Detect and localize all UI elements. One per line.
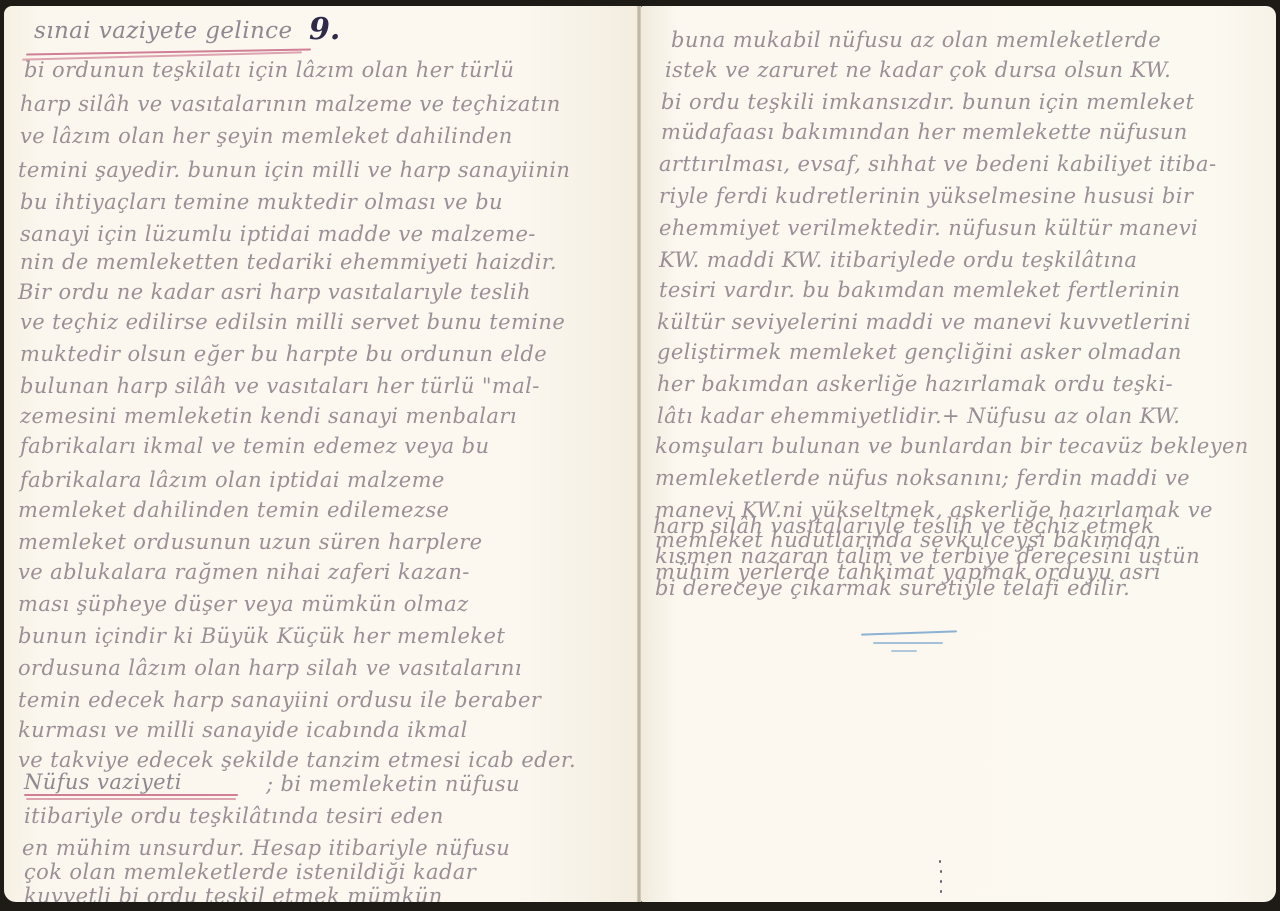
text-line: temini şayedir. bunun için milli ve harp… xyxy=(18,160,570,181)
text-line: kurması ve milli sanayide icabında ikmal xyxy=(18,720,468,741)
blue-ink-mark xyxy=(873,642,943,644)
text-line: muktedir olsun eğer bu harpte bu ordunun… xyxy=(20,344,547,365)
text-line: çok olan memleketlerde istenildiği kadar xyxy=(24,862,476,883)
text-line: riyle ferdi kudretlerinin yükselmesine h… xyxy=(659,186,1193,207)
text-line: bunun içindir ki Büyük Küçük her memleke… xyxy=(18,626,505,647)
text-line: nin de memleketten tedariki ehemmiyeti h… xyxy=(20,252,557,273)
text-line: bulunan harp silâh ve vasıtaları her tür… xyxy=(20,376,540,397)
text-line: harp silâh vasıtalarıyle teslih ve teçhi… xyxy=(653,516,1154,537)
text-line: kuvvetli bi ordu teşkil etmek mümkün xyxy=(24,886,443,902)
blue-ink-mark xyxy=(861,630,957,635)
text-line: arttırılması, evsaf, sıhhat ve bedeni ka… xyxy=(659,154,1216,175)
text-line: müdafaası bakımından her memlekette nüfu… xyxy=(661,122,1188,143)
text-line: bi ordunun teşkilatı için lâzım olan her… xyxy=(24,60,514,81)
text-line: ehemmiyet verilmektedir. nüfusun kültür … xyxy=(659,218,1198,239)
text-line: lâtı kadar ehemmiyetlidir.+ Nüfusu az ol… xyxy=(657,406,1180,427)
text-line: ; bi memleketin nüfusu xyxy=(266,774,520,795)
page-number: 9. xyxy=(309,12,340,47)
subheading-underline-2 xyxy=(26,798,236,800)
text-line: Bir ordu ne kadar asri harp vasıtalarıyl… xyxy=(18,282,531,303)
text-line: zemesini memleketin kendi sanayi menbala… xyxy=(20,406,517,427)
text-line: ordusuna lâzım olan harp silah ve vasıta… xyxy=(18,658,522,679)
text-line: komşuları bulunan ve bunlardan bir tecav… xyxy=(655,436,1249,457)
text-line: fabrikaları ikmal ve temin edemez veya b… xyxy=(20,436,489,457)
subheading-underline xyxy=(24,794,238,796)
text-line: bu ihtiyaçları temine muktedir olması ve… xyxy=(20,192,503,213)
text-line: itibariyle ordu teşkilâtında tesiri eden xyxy=(24,806,444,827)
section-heading-population: Nüfus vaziyeti xyxy=(24,772,182,793)
text-line: kısmen nazaran talim ve terbiye derecesi… xyxy=(655,546,1200,567)
text-line: buna mukabil nüfusu az olan memleketlerd… xyxy=(671,30,1161,51)
text-line: bi ordu teşkili imkansızdır. bunun için … xyxy=(661,92,1194,113)
text-line: KW. maddi KW. itibariylede ordu teşkilât… xyxy=(659,250,1137,271)
pencil-dot xyxy=(940,870,942,873)
text-line: fabrikalara lâzım olan iptidai malzeme xyxy=(20,470,445,491)
text-line: bi dereceye çıkarmak suretiyle telafi ed… xyxy=(655,578,1130,599)
text-line: memleket dahilinden temin edilemezse xyxy=(18,500,449,521)
text-line: tesiri vardır. bu bakımdan memleket fert… xyxy=(659,280,1180,301)
text-line: en mühim unsurdur. Hesap itibariyle nüfu… xyxy=(22,838,510,859)
pencil-dot xyxy=(940,890,942,893)
text-line: kültür seviyelerini maddi ve manevi kuvv… xyxy=(657,312,1191,333)
text-line: her bakımdan askerliğe hazırlamak ordu t… xyxy=(657,374,1173,395)
text-line: harp silâh ve vasıtalarının malzeme ve t… xyxy=(20,94,561,115)
text-line: memleketlerde nüfus noksanını; ferdin ma… xyxy=(655,468,1190,489)
text-line: ve teçhiz edilirse edilsin milli servet … xyxy=(20,312,565,333)
text-line: ması şüpheye düşer veya mümkün olmaz xyxy=(18,594,469,615)
pencil-dot xyxy=(939,860,941,863)
text-line: ve lâzım olan her şeyin memleket dahilin… xyxy=(20,126,513,147)
text-line: ve ablukalara rağmen nihai zaferi kazan- xyxy=(18,562,470,583)
left-page: sınai vaziyete gelince 9. bi ordunun teş… xyxy=(4,6,638,902)
text-line: ve takviye edecek şekilde tanzim etmesi … xyxy=(18,750,576,771)
pencil-dot xyxy=(940,880,942,883)
text-line: memleket ordusunun uzun süren harplere xyxy=(18,532,483,553)
blue-ink-mark xyxy=(891,650,917,652)
text-line: istek ve zaruret ne kadar çok dursa olsu… xyxy=(665,60,1171,81)
text-line: sanayi için lüzumlu iptidai madde ve mal… xyxy=(20,224,536,245)
notebook-spread: sınai vaziyete gelince 9. bi ordunun teş… xyxy=(0,0,1280,911)
text-line: geliştirmek memleket gençliğini asker ol… xyxy=(657,342,1182,363)
right-page: buna mukabil nüfusu az olan memleketlerd… xyxy=(641,6,1276,902)
section-heading-industrial: sınai vaziyete gelince xyxy=(34,20,292,43)
text-line: temin edecek harp sanayiini ordusu ile b… xyxy=(18,690,541,711)
